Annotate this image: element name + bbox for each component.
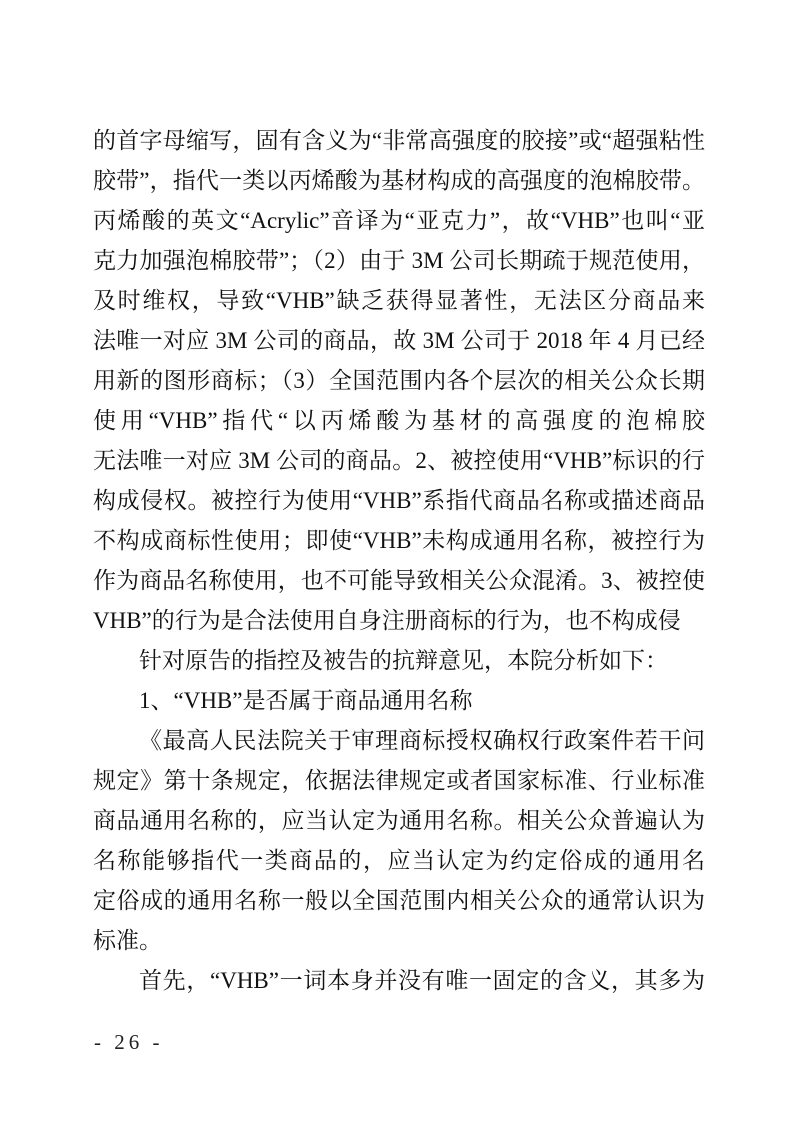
text-block: 的首字母缩写，固有含义为“非常高强度的胶接”或“超强粘性胶带”，指代一类以丙烯酸…: [93, 121, 705, 1001]
text-line: 构成侵权。被控行为使用“VHB”系指代商品名称或描述商品特性，: [93, 481, 705, 521]
text-line: 1、“VHB”是否属于商品通用名称: [93, 681, 705, 721]
text-line: 名称能够指代一类商品的，应当认定为约定俗成的通用名称。约: [93, 841, 705, 881]
text-line: 针对原告的指控及被告的抗辩意见，本院分析如下：: [93, 641, 705, 681]
text-line: 作为商品名称使用，也不可能导致相关公众混淆。3、被控使用“FY: [93, 561, 705, 601]
text-line: 的首字母缩写，固有含义为“非常高强度的胶接”或“超强粘性: [93, 121, 705, 161]
text-line: VHB”的行为是合法使用自身注册商标的行为，也不构成侵权。: [93, 601, 705, 641]
text-line: 无法唯一对应 3M 公司的商品。2、被控使用“VHB”标识的行为不: [93, 441, 705, 481]
text-line: 标准。: [93, 921, 705, 961]
text-line: 法唯一对应 3M 公司的商品，故 3M 公司于 2018 年 4 月已经推广改: [93, 321, 705, 361]
text-line: 《最高人民法院关于审理商标授权确权行政案件若干问题的: [93, 721, 705, 761]
text-line: 使用“VHB”指代“以丙烯酸为基材的高强度的泡棉胶带”，“VHB”: [93, 401, 705, 441]
text-line: 规定》第十条规定，依据法律规定或者国家标准、行业标准属于: [93, 761, 705, 801]
text-line: 不构成商标性使用；即使“VHB”未构成通用名称，被控行为将“VHB”: [93, 521, 705, 561]
text-line: 首先，“VHB”一词本身并没有唯一固定的含义，其多为词组: [93, 961, 705, 1001]
text-line: 克力加强泡棉胶带”；（2）由于 3M 公司长期疏于规范使用，怠于: [93, 241, 705, 281]
document-page: 的首字母缩写，固有含义为“非常高强度的胶接”或“超强粘性胶带”，指代一类以丙烯酸…: [0, 0, 794, 1123]
text-line: 胶带”，指代一类以丙烯酸为基材构成的高强度的泡棉胶带。由于: [93, 161, 705, 201]
text-line: 及时维权，导致“VHB”缺乏获得显著性，无法区分商品来源，无: [93, 281, 705, 321]
text-line: 定俗成的通用名称一般以全国范围内相关公众的通常认识为判断: [93, 881, 705, 921]
text-line: 丙烯酸的英文“Acrylic”音译为“亚克力”，故“VHB”也叫“亚: [93, 201, 705, 241]
text-line: 商品通用名称的，应当认定为通用名称。相关公众普遍认为某一: [93, 801, 705, 841]
text-line: 用新的图形商标；（3）全国范围内各个层次的相关公众长期普遍: [93, 361, 705, 401]
page-number: - 26 -: [94, 1028, 164, 1056]
